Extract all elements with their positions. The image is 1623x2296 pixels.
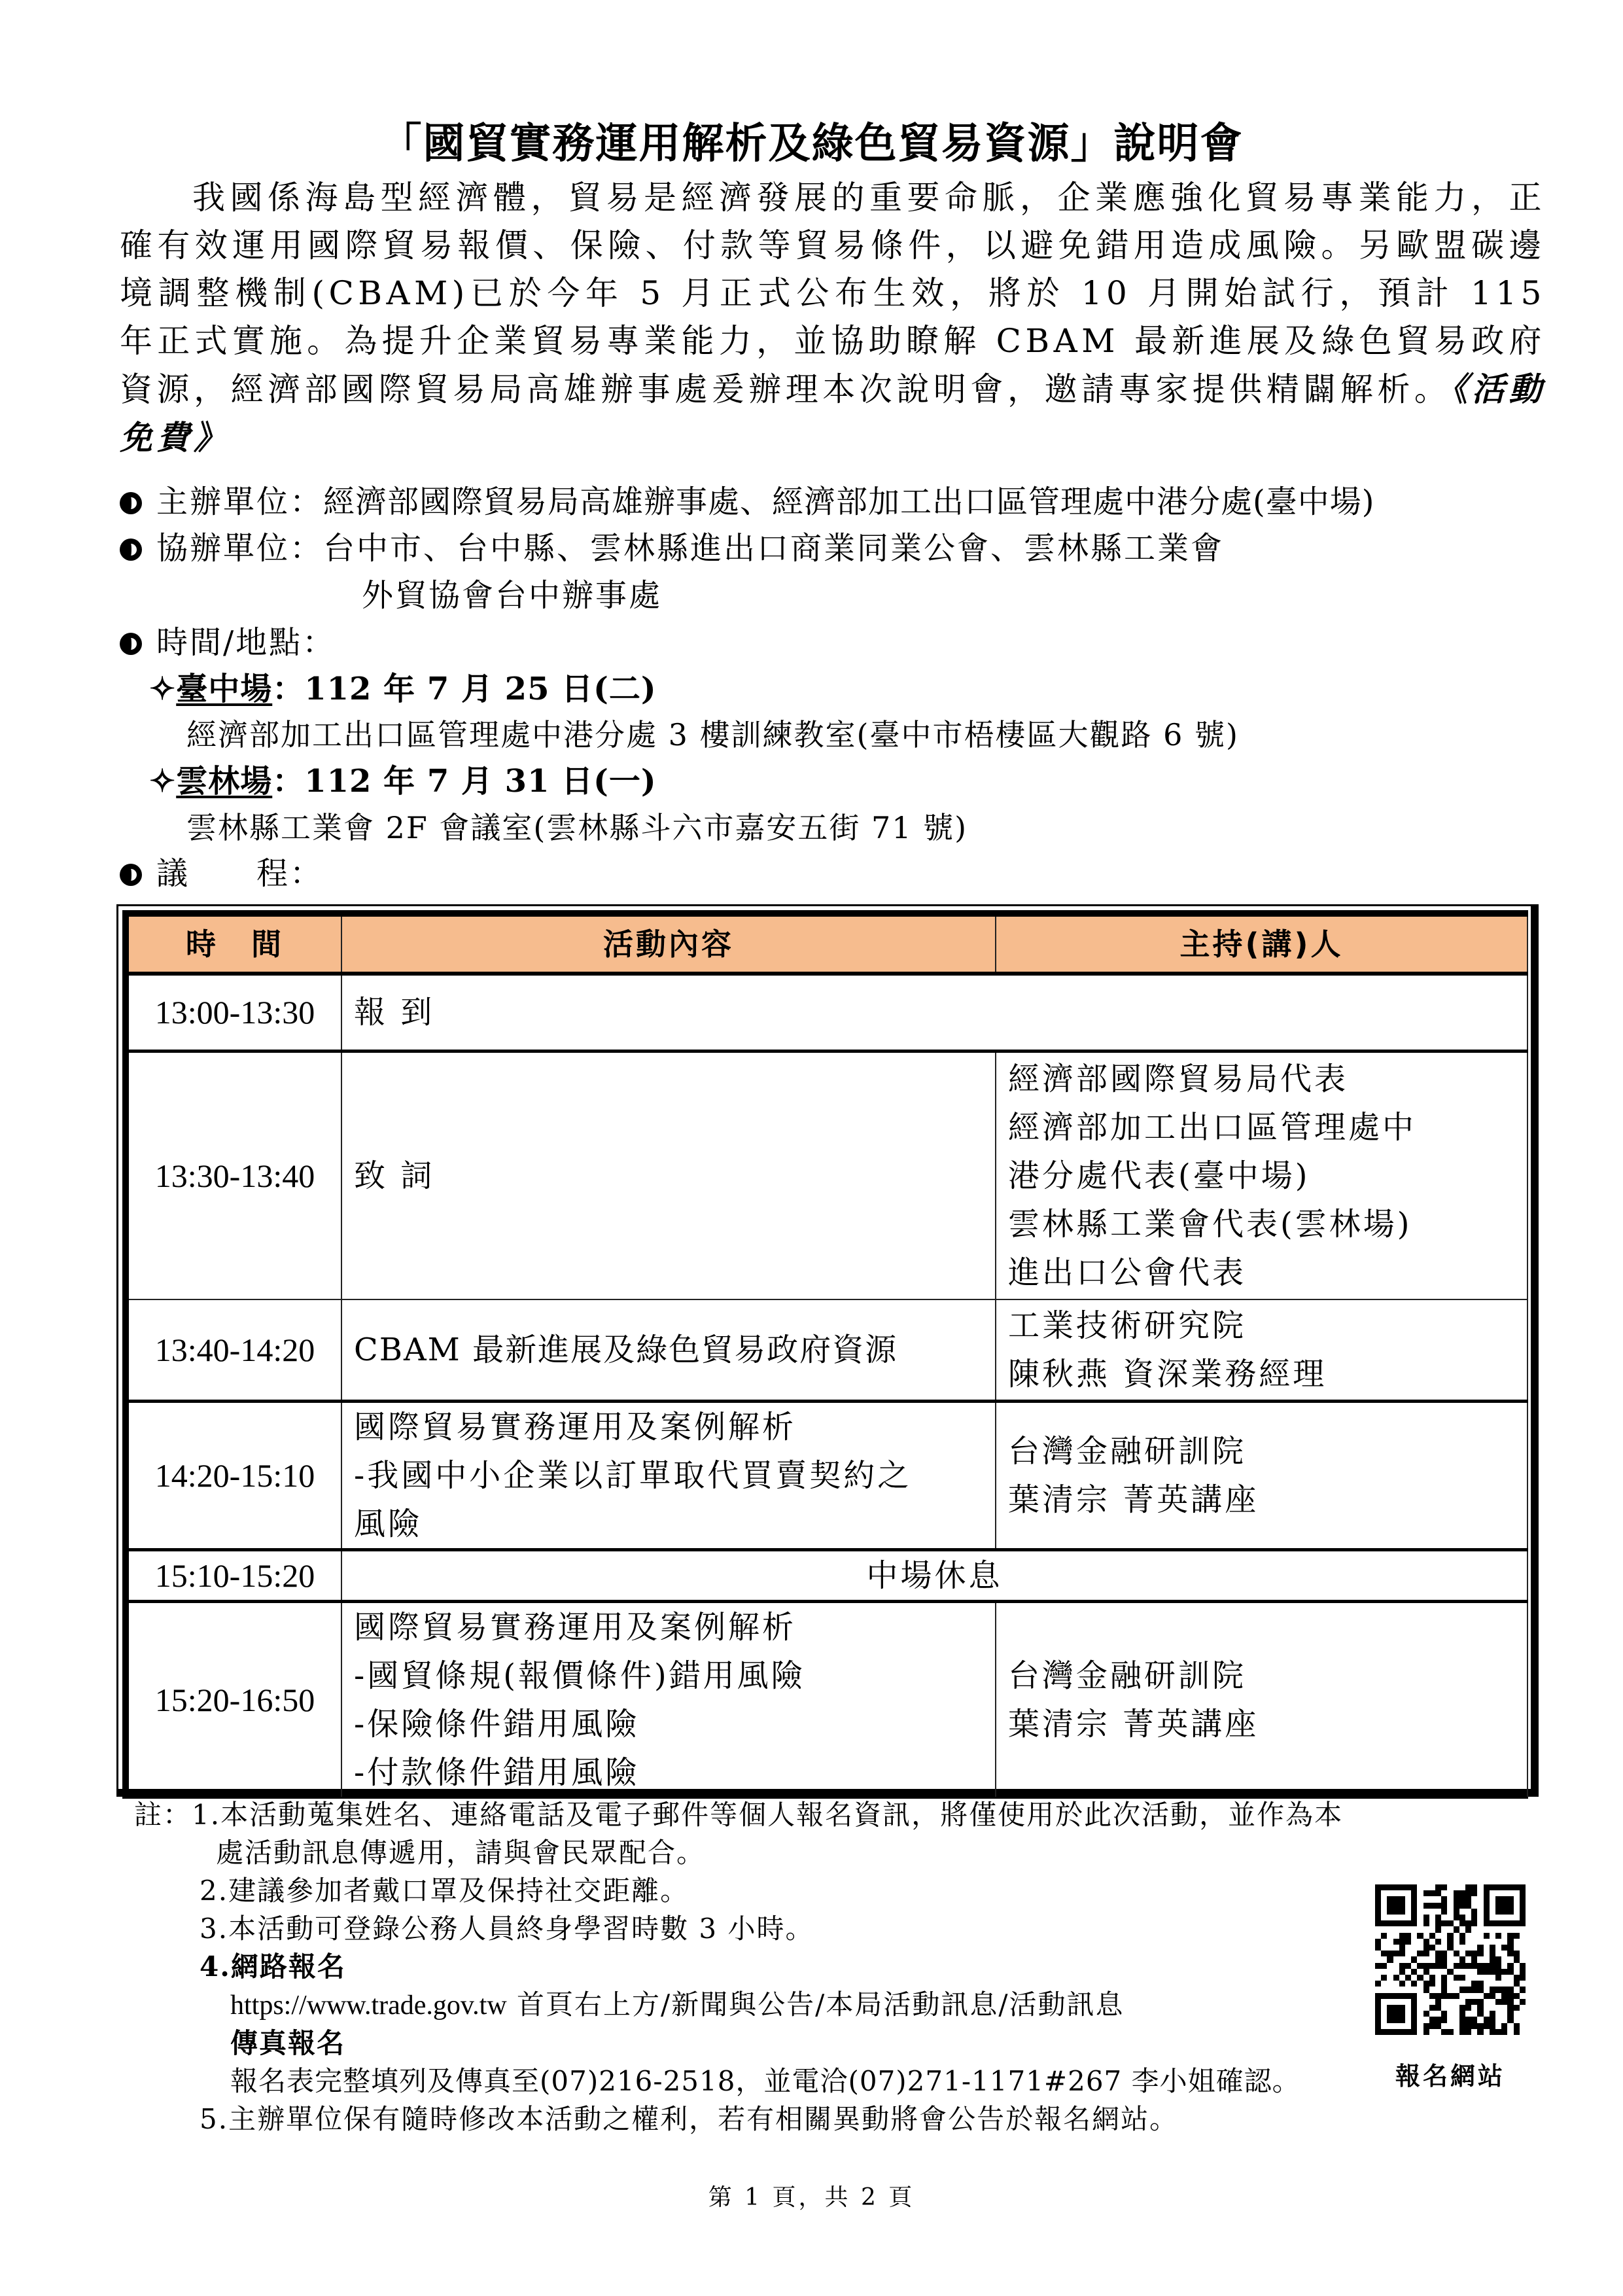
co-organizer-value: 台中市、台中縣、雲林縣進出口商業同業公會、雲林縣工業會 bbox=[323, 530, 1224, 567]
circle-arrow-icon bbox=[120, 633, 142, 655]
table-row: 15:20-16:50 國際貿易實務運用及案例解析 -國貿條規(報價條件)錯用風… bbox=[126, 1601, 1527, 1797]
session-address: 經濟部加工出口區管理處中港分處 3 樓訓練教室(臺中市梧棲區大觀路 6 號) bbox=[186, 715, 1239, 754]
header-content: 活動內容 bbox=[341, 913, 996, 974]
break-cell: 中場休息 bbox=[341, 1549, 1527, 1601]
organizer-label: 主辦單位： bbox=[156, 484, 323, 520]
circle-arrow-icon bbox=[120, 539, 142, 561]
content-cell: 國際貿易實務運用及案例解析 -國貿條規(報價條件)錯用風險 -保險條件錯用風險 … bbox=[341, 1601, 996, 1797]
note-1-cont: 處活動訊息傳遞用，請與會民眾配合。 bbox=[134, 1834, 1377, 1872]
session-date: ：112 年 7 月 25 日(二) bbox=[272, 671, 656, 707]
qr-block: 報名網站 bbox=[1375, 1884, 1526, 2092]
table-row: 13:40-14:20 CBAM 最新進展及綠色貿易政府資源 工業技術研究院 陳… bbox=[126, 1299, 1527, 1401]
time-cell: 15:10-15:20 bbox=[126, 1549, 341, 1601]
document-page: 「國貿實務運用解析及綠色貿易資源」說明會 我國係海島型經濟體，貿易是經濟發展的重… bbox=[0, 0, 1623, 2296]
note-2: 2.建議參加者戴口罩及保持社交距離。 bbox=[134, 1872, 1377, 1910]
agenda-heading: 議 程： bbox=[120, 854, 323, 893]
fax-instructions: 報名表完整填列及傳真至(07)216-2518，並電洽(07)271-1171#… bbox=[134, 2062, 1377, 2100]
table-row-break: 15:10-15:20 中場休息 bbox=[126, 1549, 1527, 1601]
schedule-label: 時間/地點： bbox=[156, 624, 336, 661]
intro-line: 提供精闢解析。 bbox=[1193, 370, 1452, 408]
table-row: 13:30-13:40 致 詞 經濟部國際貿易局代表 經濟部加工出口區管理處中 … bbox=[126, 1051, 1527, 1299]
time-cell: 13:30-13:40 bbox=[126, 1051, 341, 1299]
organizer-value: 經濟部國際貿易局高雄辦事處、經濟部加工出口區管理處中港分處(臺中場) bbox=[323, 484, 1374, 520]
organizer-line: 主辦單位：經濟部國際貿易局高雄辦事處、經濟部加工出口區管理處中港分處(臺中場) bbox=[120, 482, 1374, 521]
notes-section: 註：1.本活動蒐集姓名、連絡電話及電子郵件等個人報名資訊，將僅使用於此次活動，並… bbox=[134, 1796, 1377, 2138]
header-speaker: 主持(講)人 bbox=[996, 913, 1527, 974]
speaker-cell: 經濟部國際貿易局代表 經濟部加工出口區管理處中 港分處代表(臺中場) 雲林縣工業… bbox=[996, 1051, 1527, 1299]
schedule-heading: 時間/地點： bbox=[120, 623, 336, 662]
diamond-icon: ✧ bbox=[149, 763, 176, 800]
speaker-cell: 工業技術研究院 陳秋燕 資深業務經理 bbox=[996, 1299, 1527, 1401]
session-date: ：112 年 7 月 31 日(一) bbox=[272, 763, 656, 800]
time-cell: 13:00-13:30 bbox=[126, 974, 341, 1051]
note-3: 3.本活動可登錄公務人員終身學習時數 3 小時。 bbox=[134, 1910, 1377, 1948]
fax-heading: 傳真報名 bbox=[134, 2024, 1377, 2062]
agenda-label: 議 程： bbox=[156, 855, 323, 892]
registration-link[interactable]: https://www.trade.gov.tw bbox=[230, 1990, 507, 2021]
intro-paragraph: 我國係海島型經濟體，貿易是經濟發展的重要命脈，企業應強化貿易專業能力，正確有效運… bbox=[120, 174, 1546, 462]
note-5: 5.主辦單位保有隨時修改本活動之權利，若有相關異動將會公告於報名網站。 bbox=[134, 2100, 1377, 2138]
venue-name: 雲林場 bbox=[176, 763, 272, 800]
table-row: 13:00-13:30 報 到 bbox=[126, 974, 1527, 1051]
intro-line: 我國係海島型經濟體，貿易是經濟發展的重要命脈，企業應強化貿易專業能 bbox=[192, 179, 1434, 217]
qr-code-icon[interactable] bbox=[1375, 1884, 1526, 2035]
qr-caption: 報名網站 bbox=[1375, 2056, 1526, 2092]
diamond-icon: ✧ bbox=[149, 671, 176, 707]
page-number: 第 1 頁，共 2 頁 bbox=[0, 2179, 1623, 2212]
time-cell: 15:20-16:50 bbox=[126, 1601, 341, 1797]
note-4-online: https://www.trade.gov.tw 首頁右上方/新聞與公告/本局活… bbox=[134, 1986, 1377, 2024]
venue-name: 臺中場 bbox=[176, 671, 272, 707]
co-organizer-line: 協辦單位：台中市、台中縣、雲林縣進出口商業同業公會、雲林縣工業會 bbox=[120, 529, 1224, 568]
agenda-table-frame: 時 間 活動內容 主持(講)人 13:00-13:30 報 到 13:30-13… bbox=[116, 904, 1539, 1797]
co-organizer-line-2: 外貿協會台中辦事處 bbox=[362, 576, 662, 615]
co-organizer-label: 協辦單位： bbox=[156, 530, 323, 567]
speaker-cell: 台灣金融研訓院 葉清宗 菁英講座 bbox=[996, 1401, 1527, 1549]
table-header-row: 時 間 活動內容 主持(講)人 bbox=[126, 913, 1527, 974]
note-1: 註：1.本活動蒐集姓名、連絡電話及電子郵件等個人報名資訊，將僅使用於此次活動，並… bbox=[134, 1796, 1377, 1834]
page-title: 「國貿實務運用解析及綠色貿易資源」說明會 bbox=[0, 110, 1623, 170]
content-cell: 國際貿易實務運用及案例解析 -我國中小企業以訂單取代買賣契約之 風險 bbox=[341, 1401, 996, 1549]
notes-prefix: 註： bbox=[134, 1799, 192, 1831]
session-yunlin: ✧雲林場：112 年 7 月 31 日(一) bbox=[149, 762, 657, 801]
session-taichung: ✧臺中場：112 年 7 月 25 日(二) bbox=[149, 669, 657, 709]
note-4-heading: 4.網路報名 bbox=[134, 1948, 1377, 1986]
content-cell: 報 到 bbox=[341, 974, 1527, 1051]
content-cell: CBAM 最新進展及綠色貿易政府資源 bbox=[341, 1299, 996, 1401]
agenda-table: 時 間 活動內容 主持(講)人 13:00-13:30 報 到 13:30-13… bbox=[122, 910, 1528, 1799]
content-cell: 致 詞 bbox=[341, 1051, 996, 1299]
header-time: 時 間 bbox=[126, 913, 341, 974]
table-row: 14:20-15:10 國際貿易實務運用及案例解析 -我國中小企業以訂單取代買賣… bbox=[126, 1401, 1527, 1549]
circle-arrow-icon bbox=[120, 864, 142, 886]
speaker-cell: 台灣金融研訓院 葉清宗 菁英講座 bbox=[996, 1601, 1527, 1797]
time-cell: 14:20-15:10 bbox=[126, 1401, 341, 1549]
time-cell: 13:40-14:20 bbox=[126, 1299, 341, 1401]
session-address: 雲林縣工業會 2F 會議室(雲林縣斗六市嘉安五街 71 號) bbox=[186, 808, 968, 847]
circle-arrow-icon bbox=[120, 492, 142, 514]
